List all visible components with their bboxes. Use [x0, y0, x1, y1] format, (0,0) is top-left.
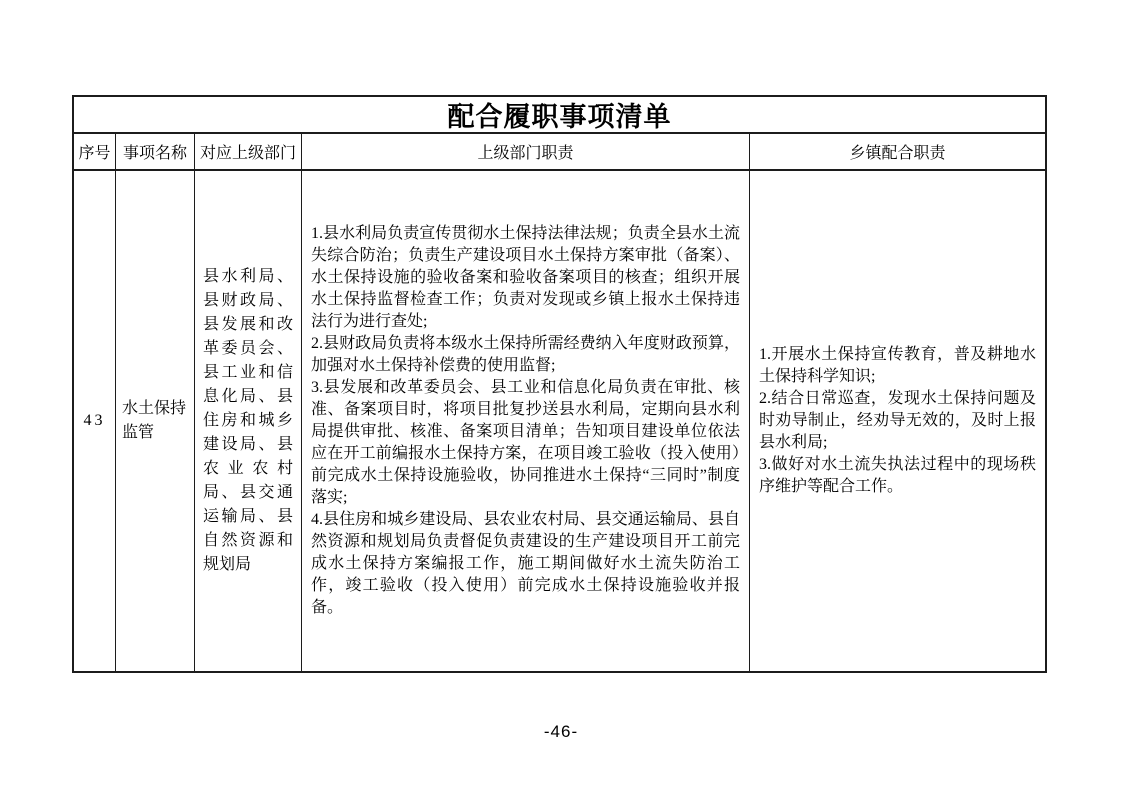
header-superior-duties: 上级部门职责: [302, 134, 750, 169]
page-number: -46-: [0, 722, 1122, 742]
item-name-text: 水土保持监管: [122, 397, 188, 445]
township-duty-paragraph: 2.结合日常巡查，发现水土保持问题及时劝导制止，经劝导无效的，及时上报县水利局;: [759, 388, 1036, 454]
table-header-row: 序号 事项名称 对应上级部门 上级部门职责 乡镇配合职责: [74, 134, 1045, 171]
township-duty-paragraph: 3.做好对水土流失执法过程中的现场秩序维护等配合工作。: [759, 454, 1036, 498]
table-row: 43 水土保持监管 县水利局、县财政局、县发展和改革委员会、县工业和信息化局、县…: [74, 171, 1045, 671]
seq-value: 43: [84, 410, 106, 432]
header-seq: 序号: [74, 134, 116, 169]
superior-duty-paragraph: 3.县发展和改革委员会、县工业和信息化局负责在审批、核准、备案项目时，将项目批复…: [311, 377, 740, 509]
superior-duty-paragraph: 1.县水利局负责宣传贯彻水土保持法律法规；负责全县水土流失综合防治；负责生产建设…: [311, 223, 740, 333]
duty-table: 配合履职事项清单 序号 事项名称 对应上级部门 上级部门职责 乡镇配合职责 43…: [72, 95, 1047, 673]
cell-item-name: 水土保持监管: [116, 171, 195, 671]
header-item-name: 事项名称: [116, 134, 195, 169]
cell-seq: 43: [74, 171, 116, 671]
superior-duty-paragraph: 4.县住房和城乡建设局、县农业农村局、县交通运输局、县自然资源和规划局负责督促负…: [311, 509, 740, 619]
cell-superior-duties: 1.县水利局负责宣传贯彻水土保持法律法规；负责全县水土流失综合防治；负责生产建设…: [302, 171, 750, 671]
cell-township-duties: 1.开展水土保持宣传教育，普及耕地水土保持科学知识; 2.结合日常巡查，发现水土…: [750, 171, 1045, 671]
header-township-duties: 乡镇配合职责: [750, 134, 1045, 169]
superior-duty-paragraph: 2.县财政局负责将本级水土保持所需经费纳入年度财政预算，加强对水土保持补偿费的使…: [311, 333, 740, 377]
township-duty-paragraph: 1.开展水土保持宣传教育，普及耕地水土保持科学知识;: [759, 344, 1036, 388]
header-superior-departments: 对应上级部门: [195, 134, 302, 169]
document-page: 配合履职事项清单 序号 事项名称 对应上级部门 上级部门职责 乡镇配合职责 43…: [0, 0, 1122, 793]
superior-departments-text: 县水利局、县财政局、县发展和改革委员会、县工业和信息化局、县住房和城乡建设局、县…: [203, 265, 293, 577]
table-title: 配合履职事项清单: [74, 97, 1045, 134]
cell-superior-departments: 县水利局、县财政局、县发展和改革委员会、县工业和信息化局、县住房和城乡建设局、县…: [195, 171, 302, 671]
